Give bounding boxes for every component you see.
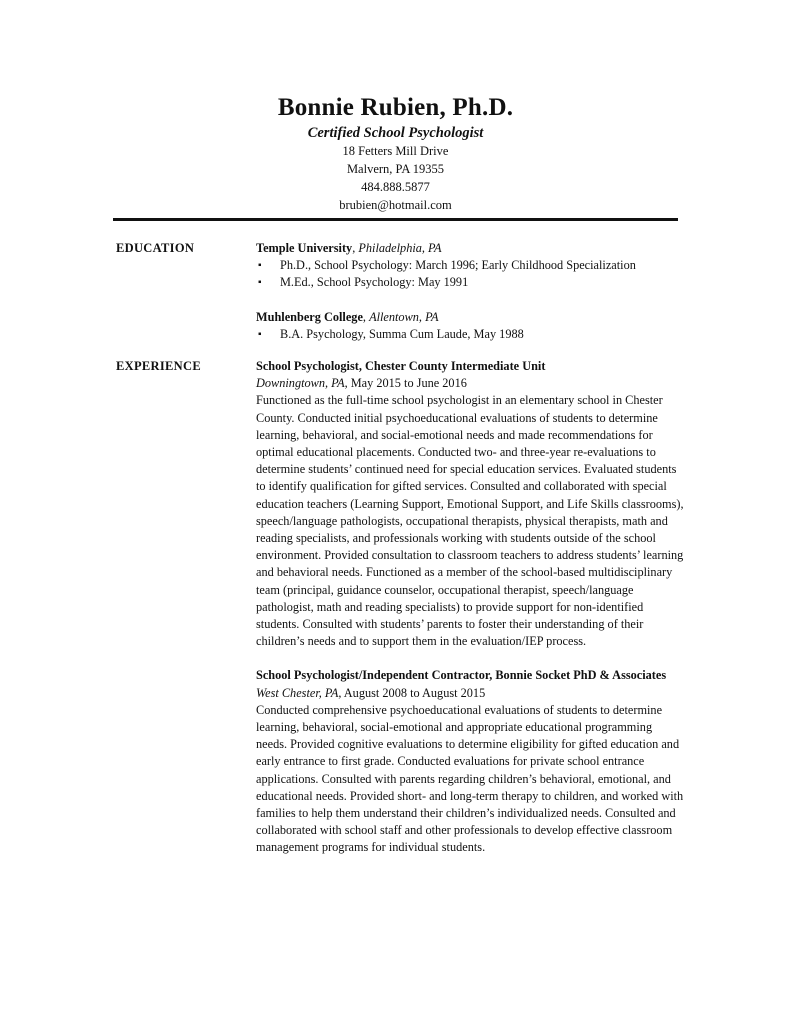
education-section: Temple University, Philadelphia, PA ▪Ph.… <box>256 240 686 343</box>
experience-section-label: EXPERIENCE <box>116 359 201 374</box>
job-location: West Chester, PA, <box>256 686 341 700</box>
job-title: School Psychologist, Chester County Inte… <box>256 358 686 375</box>
address-city: Malvern, PA 19355 <box>0 160 791 178</box>
job-meta: West Chester, PA, August 2008 to August … <box>256 685 686 702</box>
experience-section: School Psychologist, Chester County Inte… <box>256 358 686 857</box>
resume-header: Bonnie Rubien, Ph.D. Certified School Ps… <box>0 93 791 214</box>
job-location: Downingtown, PA <box>256 376 345 390</box>
job-entry: School Psychologist/Independent Contract… <box>256 667 686 856</box>
school-name: Muhlenberg College <box>256 310 363 324</box>
school-location: Philadelphia, PA <box>358 241 441 255</box>
bullet-icon: ▪ <box>258 274 262 291</box>
candidate-name: Bonnie Rubien, Ph.D. <box>0 93 791 123</box>
job-title: School Psychologist/Independent Contract… <box>256 667 686 684</box>
job-dates: , May 2015 to June 2016 <box>345 376 467 390</box>
job-description: Functioned as the full-time school psych… <box>256 392 686 650</box>
bullet-icon: ▪ <box>258 257 262 274</box>
degree-item: ▪Ph.D., School Psychology: March 1996; E… <box>256 257 686 274</box>
job-description: Conducted comprehensive psychoeducationa… <box>256 702 686 857</box>
school-location: Allentown, PA <box>369 310 438 324</box>
header-divider <box>113 218 678 221</box>
school-entry: Temple University, Philadelphia, PA <box>256 240 686 257</box>
job-meta: Downingtown, PA, May 2015 to June 2016 <box>256 375 686 392</box>
phone-number: 484.888.5877 <box>0 178 791 196</box>
bullet-icon: ▪ <box>258 326 262 343</box>
email-address: brubien@hotmail.com <box>0 196 791 214</box>
job-entry: School Psychologist, Chester County Inte… <box>256 358 686 650</box>
school-name: Temple University <box>256 241 352 255</box>
address-street: 18 Fetters Mill Drive <box>0 142 791 160</box>
education-section-label: EDUCATION <box>116 241 194 256</box>
degree-item: ▪B.A. Psychology, Summa Cum Laude, May 1… <box>256 326 686 343</box>
degree-list: ▪Ph.D., School Psychology: March 1996; E… <box>256 257 686 291</box>
degree-list: ▪B.A. Psychology, Summa Cum Laude, May 1… <box>256 326 686 343</box>
job-dates: August 2008 to August 2015 <box>341 686 485 700</box>
degree-item: ▪M.Ed., School Psychology: May 1991 <box>256 274 686 291</box>
school-entry: Muhlenberg College, Allentown, PA <box>256 309 686 326</box>
professional-title: Certified School Psychologist <box>0 124 791 142</box>
